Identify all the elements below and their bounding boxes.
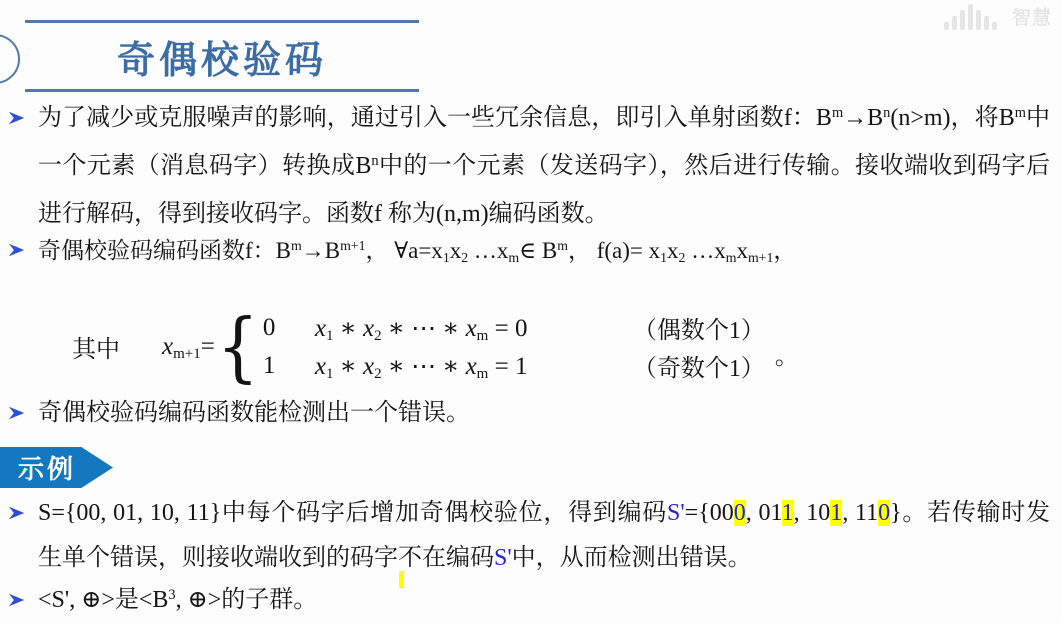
bullet-arrow-icon <box>8 578 38 609</box>
case-value: 0 <box>263 314 315 342</box>
case-value: 1 <box>263 352 315 380</box>
bullet-text: S={00, 01, 10, 11}中每个码字后增加奇偶校验位，得到编码S'={… <box>38 491 1050 581</box>
bullet-arrow-icon <box>8 96 38 127</box>
equalizer-bars-icon <box>944 4 1006 30</box>
formula-cases: 0 x1 ∗ x2 ∗ ⋯ ∗ xm = 0 （偶数个1） 1 x1 ∗ x2 … <box>263 309 765 385</box>
watermark: 智慧 <box>944 3 1052 30</box>
parity-formula: 其中 xm+1= { 0 x1 ∗ x2 ∗ ⋯ ∗ xm = 0 （偶数个1）… <box>72 308 799 385</box>
example-badge: 示例 <box>0 447 113 488</box>
formula-lhs: xm+1= <box>162 333 215 361</box>
bullet-item: 奇偶校验码编码函数f：Bm→Bm+1， ∀a=x1x2 …xm∈ Bm， f(a… <box>8 228 1050 276</box>
formula-prefix: 其中 <box>72 329 120 364</box>
bullet-text: 奇偶校验码编码函数能检测出一个错误。 <box>38 391 1050 436</box>
watermark-text: 智慧 <box>1012 3 1052 30</box>
bullet-arrow-icon <box>8 391 38 422</box>
formula-case-row: 1 x1 ∗ x2 ∗ ⋯ ∗ xm = 1 （奇数个1） <box>263 347 765 385</box>
bullet-arrow-icon <box>8 491 38 522</box>
slide: 奇偶校验码 智慧 为了减少或克服噪声的影响，通过引入一些冗余信息，即引入单射函数… <box>0 0 1062 623</box>
formula-case-row: 0 x1 ∗ x2 ∗ ⋯ ∗ xm = 0 （偶数个1） <box>263 309 765 347</box>
bullet-item: 奇偶校验码编码函数能检测出一个错误。 <box>8 391 1050 436</box>
example-badge-label: 示例 <box>18 449 76 486</box>
bullet-item: <S', ⊕>是<B3, ⊕>的子群。 <box>8 578 1050 623</box>
bullet-item: 为了减少或克服噪声的影响，通过引入一些冗余信息，即引入单射函数f：Bm→Bn(n… <box>8 96 1050 237</box>
deco-circle <box>0 34 20 84</box>
page-title: 奇偶校验码 <box>117 29 327 84</box>
case-note: （偶数个1） <box>633 310 765 345</box>
formula-period: 。 <box>775 336 799 371</box>
case-note: （奇数个1） <box>633 348 765 383</box>
bullet-item: S={00, 01, 10, 11}中每个码字后增加奇偶校验位，得到编码S'={… <box>8 491 1050 581</box>
title-banner: 奇偶校验码 <box>25 20 419 92</box>
formula-brace-icon: { <box>217 302 259 391</box>
case-condition: x1 ∗ x2 ∗ ⋯ ∗ xm = 0 <box>315 313 633 343</box>
bullet-arrow-icon <box>8 228 38 259</box>
bullet-text: 为了减少或克服噪声的影响，通过引入一些冗余信息，即引入单射函数f：Bm→Bn(n… <box>38 96 1050 237</box>
bullet-text: <S', ⊕>是<B3, ⊕>的子群。 <box>38 578 1050 623</box>
bullet-text: 奇偶校验码编码函数f：Bm→Bm+1， ∀a=x1x2 …xm∈ Bm， f(a… <box>38 228 1050 276</box>
case-condition: x1 ∗ x2 ∗ ⋯ ∗ xm = 1 <box>315 351 633 381</box>
